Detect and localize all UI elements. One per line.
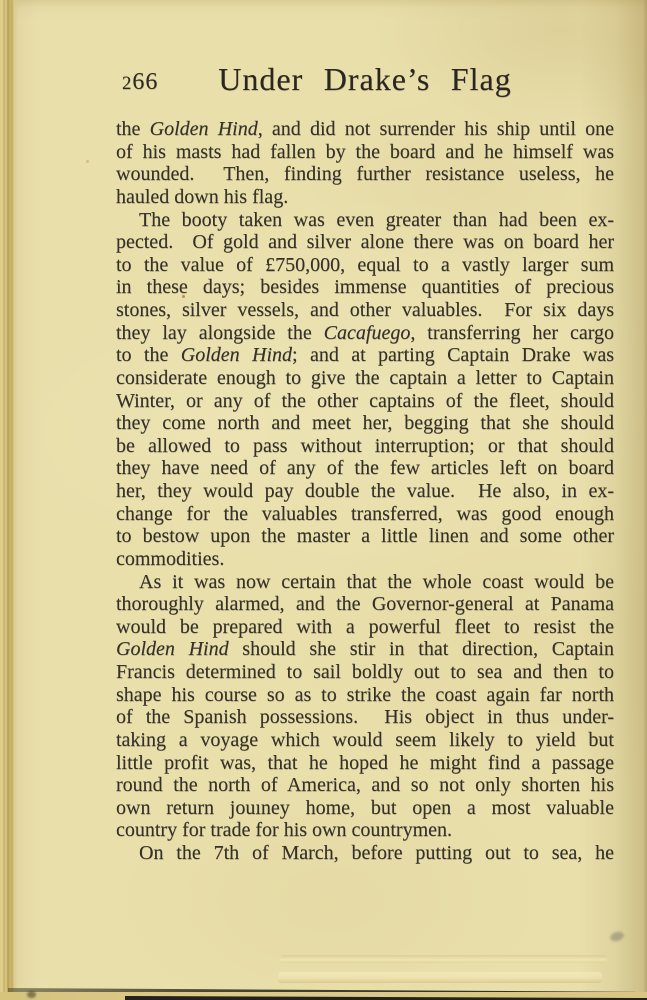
text-run: taking a voyage which would seem likely …: [116, 729, 614, 751]
text-run: , transferring her cargo: [410, 322, 614, 344]
text-run: of the Spanish possessions. His object i…: [116, 706, 614, 728]
text-line: wounded. Then, finding further resistanc…: [116, 163, 614, 186]
text-run: to the value of £750,000, equal to a vas…: [116, 254, 614, 276]
text-line: to the value of £750,000, equal to a vas…: [116, 254, 614, 277]
text-run: they lay alongside the: [116, 322, 324, 344]
text-run: As it was now certain that the whole coa…: [139, 571, 614, 593]
text-run: considerate enough to give the captain a…: [116, 367, 614, 389]
text-run: On the 7th of March, before putting out …: [139, 842, 614, 864]
text-line: change for the valuables transferred, wa…: [116, 503, 614, 526]
text-run: hauled down his flag.: [116, 186, 288, 208]
text-column: the Golden Hind, and did not surrender h…: [116, 118, 614, 865]
text-run: in these days; besides immense quantitie…: [116, 276, 614, 298]
text-run: little profit was, that he hoped he migh…: [116, 752, 614, 774]
text-line: the Golden Hind, and did not surrender h…: [116, 118, 614, 141]
text-run: pected. Of gold and silver alone there w…: [116, 231, 614, 253]
text-line: shape his course so as to strike the coa…: [116, 684, 614, 707]
text-run: round the north of America, and so not o…: [116, 774, 614, 796]
text-line: As it was now certain that the whole coa…: [116, 571, 614, 594]
text-line: of his masts had fallen by the board and…: [116, 141, 614, 164]
text-line: taking a voyage which would seem likely …: [116, 729, 614, 752]
text-line: country for trade for his own countrymen…: [116, 819, 614, 842]
binding-gutter-shadow: [0, 0, 18, 1000]
text-line: of the Spanish possessions. His object i…: [116, 706, 614, 729]
italic-text: Golden Hind: [181, 344, 292, 366]
text-run: thoroughly alarmed, and the Governor-gen…: [116, 593, 614, 615]
text-run: The booty taken was even greater than ha…: [139, 209, 614, 231]
gutter-shadow-mark: [27, 991, 36, 998]
text-line: to bestow upon the master a little linen…: [116, 525, 614, 548]
text-run: Francis determined to sail boldly out to…: [116, 661, 614, 683]
text-line: her, they would pay double the value. He…: [116, 480, 614, 503]
text-run: stones, silver vessels, and other valuab…: [116, 299, 614, 321]
text-line: considerate enough to give the captain a…: [116, 367, 614, 390]
text-line: hauled down his flag.: [116, 186, 614, 209]
text-run: be allowed to pass without interruption;…: [116, 435, 614, 457]
paragraph: As it was now certain that the whole coa…: [116, 571, 614, 843]
text-run: ; and at parting Captain Drake was: [292, 344, 614, 366]
text-line: little profit was, that he hoped he migh…: [116, 752, 614, 775]
text-run: Winter, or any of the other captains of …: [116, 390, 614, 412]
stacked-page-edge-line: [280, 955, 607, 963]
text-line: they come north and meet her, begging th…: [116, 412, 614, 435]
text-line: they lay alongside the Cacafuego, transf…: [116, 322, 614, 345]
paragraph: On the 7th of March, before putting out …: [116, 842, 614, 865]
text-line: in these days; besides immense quantitie…: [116, 276, 614, 299]
text-run: to bestow upon the master a little linen…: [116, 525, 614, 547]
text-line: stones, silver vessels, and other valuab…: [116, 299, 614, 322]
text-run: of his masts had fallen by the board and…: [116, 141, 614, 163]
running-title: Under Drake’s Flag: [116, 62, 614, 96]
paper-speck: [182, 295, 185, 298]
text-line: own return jouıney home, but open a most…: [116, 797, 614, 820]
scanned-book-page: 266 Under Drake’s Flag the Golden Hind, …: [0, 0, 647, 1000]
italic-text: Golden Hind: [116, 638, 229, 660]
gray-smudge-mark: [609, 930, 625, 942]
text-run: , and did not surrender his ship until o…: [258, 118, 614, 140]
text-line: Francis determined to sail boldly out to…: [116, 661, 614, 684]
text-line: thoroughly alarmed, and the Governor-gen…: [116, 593, 614, 616]
text-line: be allowed to pass without interruption;…: [116, 435, 614, 458]
text-run: country for trade for his own countrymen…: [116, 819, 452, 841]
text-line: Winter, or any of the other captains of …: [116, 390, 614, 413]
text-run: they have need of any of the few article…: [116, 457, 614, 479]
text-run: own return jouıney home, but open a most…: [116, 797, 614, 819]
text-run: change for the valuables transferred, wa…: [116, 503, 614, 525]
text-line: The booty taken was even greater than ha…: [116, 209, 614, 232]
text-run: her, they would pay double the value. He…: [116, 480, 614, 502]
text-run: the: [116, 118, 150, 140]
text-line: pected. Of gold and silver alone there w…: [116, 231, 614, 254]
text-run: they come north and meet her, begging th…: [116, 412, 614, 434]
italic-text: Cacafuego: [324, 322, 411, 344]
paragraph: the Golden Hind, and did not surrender h…: [116, 118, 614, 209]
text-line: they have need of any of the few article…: [116, 457, 614, 480]
text-line: to the Golden Hind; and at parting Capta…: [116, 344, 614, 367]
stacked-page-edge-line: [278, 972, 602, 983]
text-line: round the north of America, and so not o…: [116, 774, 614, 797]
text-line: Golden Hind should she stir in that dire…: [116, 638, 614, 661]
text-run: to the: [116, 344, 181, 366]
text-run: would be prepared with a powerful fleet …: [116, 616, 614, 638]
paragraph: The booty taken was even greater than ha…: [116, 209, 614, 571]
text-run: should she stir in that direction, Capta…: [229, 638, 614, 660]
paper-speck: [86, 160, 89, 163]
text-run: shape his course so as to strike the coa…: [116, 684, 614, 706]
italic-text: Golden Hind: [150, 118, 258, 140]
text-line: commodities.: [116, 548, 614, 571]
text-line: would be prepared with a powerful fleet …: [116, 616, 614, 639]
text-run: wounded. Then, finding further resistanc…: [116, 163, 614, 185]
text-run: commodities.: [116, 548, 224, 570]
text-line: On the 7th of March, before putting out …: [116, 842, 614, 865]
